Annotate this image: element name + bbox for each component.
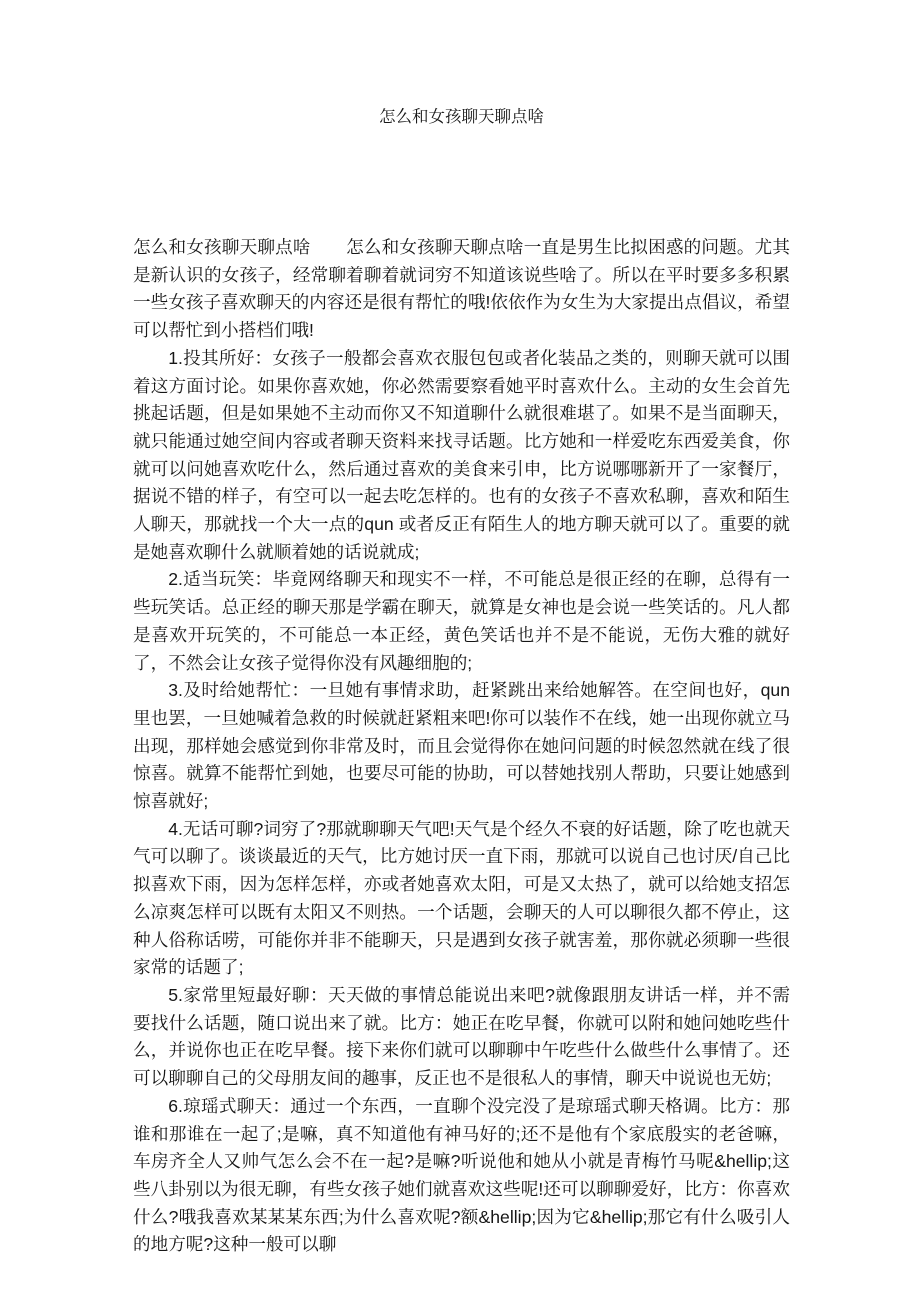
document-title: 怎么和女孩聊天聊点啥	[133, 106, 790, 127]
paragraph: 4.无话可聊?词穷了?那就聊聊天气吧!天气是个经久不衰的好话题，除了吃也就天气可…	[133, 816, 790, 982]
paragraph: 2.适当玩笑：毕竟网络聊天和现实不一样，不可能总是很正经的在聊，总得有一些玩笑话…	[133, 566, 790, 677]
paragraph: 1.投其所好：女孩子一般都会喜欢衣服包包或者化装品之类的，则聊天就可以围着这方面…	[133, 345, 790, 567]
paragraph: 3.及时给她帮忙：一旦她有事情求助，赶紧跳出来给她解答。在空间也好，qun 里也…	[133, 677, 790, 816]
document-body: 怎么和女孩聊天聊点啥 怎么和女孩聊天聊点啥一直是男生比拟困惑的问题。尤其是新认识…	[133, 234, 790, 1259]
paragraph: 6.琼瑶式聊天：通过一个东西，一直聊个没完没了是琼瑶式聊天格调。比方：那谁和那谁…	[133, 1093, 790, 1259]
paragraph: 怎么和女孩聊天聊点啥 怎么和女孩聊天聊点啥一直是男生比拟困惑的问题。尤其是新认识…	[133, 234, 790, 345]
document-page: 怎么和女孩聊天聊点啥 怎么和女孩聊天聊点啥 怎么和女孩聊天聊点啥一直是男生比拟困…	[0, 0, 920, 1302]
paragraph: 5.家常里短最好聊：天天做的事情总能说出来吧?就像跟朋友讲话一样，并不需要找什么…	[133, 982, 790, 1093]
